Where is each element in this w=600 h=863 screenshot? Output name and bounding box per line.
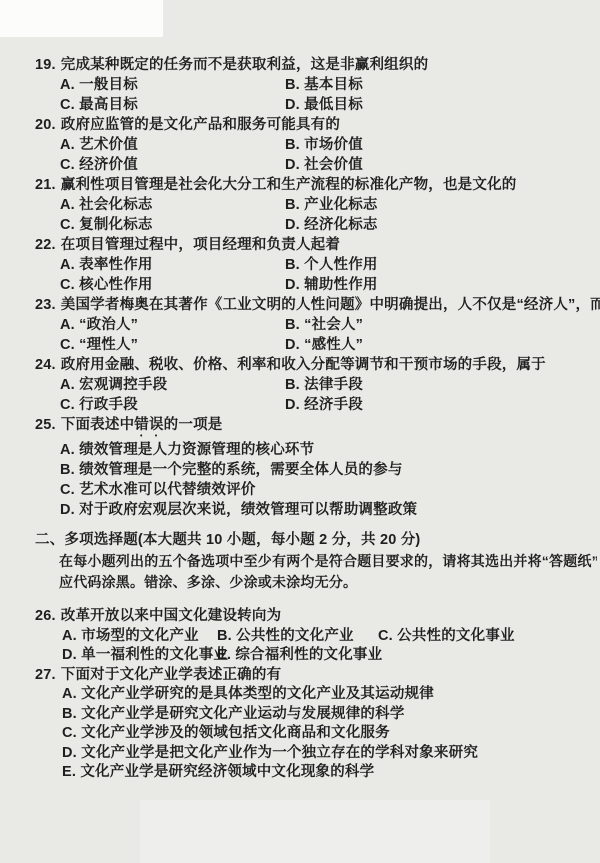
multi-choice-questions: 26.改革开放以来中国文化建设转向为A. 市场型的文化产业B. 公共性的文化产业… bbox=[35, 607, 597, 783]
question-stem-line: 24.政府用金融、税收、价格、利率和收入分配等调节和干预市场的手段，属于 bbox=[35, 355, 597, 375]
options-row: D. 单一福利性的文化事业E. 综合福利性的文化事业 bbox=[35, 646, 597, 666]
options-row: A. 表率性作用B. 个人性作用 bbox=[35, 255, 597, 275]
option: A. 市场型的文化产业 bbox=[62, 628, 199, 644]
stem-text-emphasized: 错误 bbox=[134, 417, 163, 433]
option: A. 文化产业学研究的是具体类型的文化产业及其运动规律 bbox=[62, 686, 434, 702]
question-block: 25.下面表述中错误的一项是A. 绩效管理是人力资源管理的核心环节B. 绩效管理… bbox=[35, 415, 597, 520]
options-row: A. “政治人”B. “社会人” bbox=[35, 315, 597, 335]
question-stem-line: 25.下面表述中错误的一项是 bbox=[35, 415, 597, 440]
option: B. 个人性作用 bbox=[285, 255, 378, 275]
instructions-line-1: 在每小题列出的五个备选项中至少有两个是符合题目要求的，请将其选出并将“答题纸”的… bbox=[59, 551, 597, 572]
question-stem-line: 22.在项目管理过程中，项目经理和负责人起着 bbox=[35, 235, 597, 255]
question-block: 21.赢利性项目管理是社会化大分工和生产流程的标准化产物，也是文化的A. 社会化… bbox=[35, 175, 597, 235]
question-number: 20. bbox=[35, 117, 56, 133]
option: A. 社会化标志 bbox=[60, 197, 153, 213]
question-stem-line: 20.政府应监管的是文化产品和服务可能具有的 bbox=[35, 115, 597, 135]
option: B. 法律手段 bbox=[285, 375, 363, 395]
option: D. 辅助性作用 bbox=[285, 275, 378, 295]
option: A. “政治人” bbox=[60, 317, 138, 333]
question-stem-line: 23.美国学者梅奥在其著作《工业文明的人性问题》中明确提出，人不仅是“经济人”，… bbox=[35, 295, 597, 315]
option: B. “社会人” bbox=[285, 315, 363, 335]
stem-text-before: 下面表述中 bbox=[61, 417, 135, 433]
option: D. “感性人” bbox=[285, 335, 363, 355]
option: B. 绩效管理是一个完整的系统，需要全体人员的参与 bbox=[60, 462, 403, 478]
question-stem: 政府应监管的是文化产品和服务可能具有的 bbox=[61, 117, 340, 133]
question-number: 22. bbox=[35, 237, 56, 253]
option: A. 艺术价值 bbox=[60, 137, 138, 153]
scan-white-corner bbox=[0, 0, 163, 37]
option: A. 一般目标 bbox=[60, 77, 138, 93]
option: D. 单一福利性的文化事业 bbox=[62, 647, 228, 663]
options-row: C. 复制化标志D. 经济化标志 bbox=[35, 215, 597, 235]
question-block: 24.政府用金融、税收、价格、利率和收入分配等调节和干预市场的手段，属于A. 宏… bbox=[35, 355, 597, 415]
section-heading: 二、多项选择题(本大题共 10 小题，每小题 2 分，共 20 分) bbox=[35, 530, 597, 551]
question-block: 23.美国学者梅奥在其著作《工业文明的人性问题》中明确提出，人不仅是“经济人”，… bbox=[35, 295, 597, 355]
question-stem: 政府用金融、税收、价格、利率和收入分配等调节和干预市场的手段，属于 bbox=[61, 357, 546, 373]
option: D. 对于政府宏观层次来说，绩效管理可以帮助调整政策 bbox=[60, 502, 417, 518]
option: D. 经济手段 bbox=[285, 395, 363, 415]
options-row: A. 一般目标B. 基本目标 bbox=[35, 75, 597, 95]
options-row: B. 绩效管理是一个完整的系统，需要全体人员的参与 bbox=[35, 460, 597, 480]
option: A. 表率性作用 bbox=[60, 257, 153, 273]
option: B. 产业化标志 bbox=[285, 195, 378, 215]
question-number: 21. bbox=[35, 177, 56, 193]
option: E. 文化产业学是研究经济领域中文化现象的科学 bbox=[62, 764, 374, 780]
option: B. 文化产业学是研究文化产业运动与发展规律的科学 bbox=[62, 706, 405, 722]
option: A. 宏观调控手段 bbox=[60, 377, 167, 393]
question-stem-line: 19.完成某种既定的任务而不是获取利益，这是非赢利组织的 bbox=[35, 55, 597, 75]
option: C. 经济价值 bbox=[60, 157, 138, 173]
question-block: 20.政府应监管的是文化产品和服务可能具有的A. 艺术价值B. 市场价值C. 经… bbox=[35, 115, 597, 175]
option: C. 核心性作用 bbox=[60, 277, 153, 293]
option: B. 市场价值 bbox=[285, 135, 363, 155]
question-stem: 美国学者梅奥在其著作《工业文明的人性问题》中明确提出，人不仅是“经济人”，而且是 bbox=[61, 297, 600, 313]
options-row: A. 绩效管理是人力资源管理的核心环节 bbox=[35, 440, 597, 460]
options-row: D. 文化产业学是把文化产业作为一个独立存在的学科对象来研究 bbox=[35, 744, 597, 764]
option: C. 公共性的文化事业 bbox=[378, 627, 515, 647]
option: C. 复制化标志 bbox=[60, 217, 153, 233]
question-stem: 下面对于文化产业学表述正确的有 bbox=[61, 667, 282, 683]
options-row: B. 文化产业学是研究文化产业运动与发展规律的科学 bbox=[35, 705, 597, 725]
option: C. 文化产业学涉及的领域包括文化商品和文化服务 bbox=[62, 725, 390, 741]
question-block: 26.改革开放以来中国文化建设转向为A. 市场型的文化产业B. 公共性的文化产业… bbox=[35, 607, 597, 666]
question-number: 27. bbox=[35, 667, 56, 683]
option: D. 经济化标志 bbox=[285, 215, 378, 235]
question-number: 24. bbox=[35, 357, 56, 373]
options-row: A. 艺术价值B. 市场价值 bbox=[35, 135, 597, 155]
question-stem: 下面表述中错误的一项是 bbox=[61, 417, 223, 433]
options-row: A. 市场型的文化产业B. 公共性的文化产业C. 公共性的文化事业 bbox=[35, 627, 597, 647]
exam-paper-scan: { "page": { "background": "#e9e9e6", "te… bbox=[0, 0, 600, 863]
question-stem: 改革开放以来中国文化建设转向为 bbox=[61, 608, 282, 624]
option: C. “理性人” bbox=[60, 337, 138, 353]
question-block: 27.下面对于文化产业学表述正确的有A. 文化产业学研究的是具体类型的文化产业及… bbox=[35, 666, 597, 783]
option: D. 社会价值 bbox=[285, 155, 363, 175]
options-row: A. 宏观调控手段B. 法律手段 bbox=[35, 375, 597, 395]
options-row: D. 对于政府宏观层次来说，绩效管理可以帮助调整政策 bbox=[35, 500, 597, 520]
question-stem-line: 21.赢利性项目管理是社会化大分工和生产流程的标准化产物，也是文化的 bbox=[35, 175, 597, 195]
question-number: 26. bbox=[35, 608, 56, 624]
option: D. 最低目标 bbox=[285, 95, 363, 115]
options-row: C. “理性人”D. “感性人” bbox=[35, 335, 597, 355]
question-block: 19.完成某种既定的任务而不是获取利益，这是非赢利组织的A. 一般目标B. 基本… bbox=[35, 55, 597, 115]
options-row: C. 最高目标D. 最低目标 bbox=[35, 95, 597, 115]
option: A. 绩效管理是人力资源管理的核心环节 bbox=[60, 442, 314, 458]
question-number: 23. bbox=[35, 297, 56, 313]
option: C. 艺术水准可以代替绩效评价 bbox=[60, 482, 256, 498]
options-row: C. 行政手段D. 经济手段 bbox=[35, 395, 597, 415]
options-row: C. 经济价值D. 社会价值 bbox=[35, 155, 597, 175]
question-stem-line: 26.改革开放以来中国文化建设转向为 bbox=[35, 607, 597, 627]
question-number: 25. bbox=[35, 417, 56, 433]
question-stem-line: 27.下面对于文化产业学表述正确的有 bbox=[35, 666, 597, 686]
option: E. 综合福利性的文化事业 bbox=[217, 646, 382, 666]
instructions-line-2: 应代码涂黑。错涂、多涂、少涂或未涂均无分。 bbox=[59, 572, 597, 593]
options-row: A. 文化产业学研究的是具体类型的文化产业及其运动规律 bbox=[35, 685, 597, 705]
options-row: C. 核心性作用D. 辅助性作用 bbox=[35, 275, 597, 295]
options-row: E. 文化产业学是研究经济领域中文化现象的科学 bbox=[35, 763, 597, 783]
question-stem: 赢利性项目管理是社会化大分工和生产流程的标准化产物，也是文化的 bbox=[61, 177, 517, 193]
options-row: C. 文化产业学涉及的领域包括文化商品和文化服务 bbox=[35, 724, 597, 744]
option: C. 最高目标 bbox=[60, 97, 138, 113]
question-number: 19. bbox=[35, 57, 56, 73]
option: B. 公共性的文化产业 bbox=[217, 627, 354, 647]
question-stem: 在项目管理过程中，项目经理和负责人起着 bbox=[61, 237, 340, 253]
option: D. 文化产业学是把文化产业作为一个独立存在的学科对象来研究 bbox=[62, 745, 478, 761]
option: B. 基本目标 bbox=[285, 75, 363, 95]
scan-light-patch bbox=[140, 800, 490, 863]
question-block: 22.在项目管理过程中，项目经理和负责人起着A. 表率性作用B. 个人性作用C.… bbox=[35, 235, 597, 295]
options-row: C. 艺术水准可以代替绩效评价 bbox=[35, 480, 597, 500]
options-row: A. 社会化标志B. 产业化标志 bbox=[35, 195, 597, 215]
exam-content: 19.完成某种既定的任务而不是获取利益，这是非赢利组织的A. 一般目标B. 基本… bbox=[35, 55, 597, 783]
single-choice-questions: 19.完成某种既定的任务而不是获取利益，这是非赢利组织的A. 一般目标B. 基本… bbox=[35, 55, 597, 520]
option: C. 行政手段 bbox=[60, 397, 138, 413]
question-stem: 完成某种既定的任务而不是获取利益，这是非赢利组织的 bbox=[61, 57, 429, 73]
stem-text-after: 的一项是 bbox=[164, 417, 223, 433]
